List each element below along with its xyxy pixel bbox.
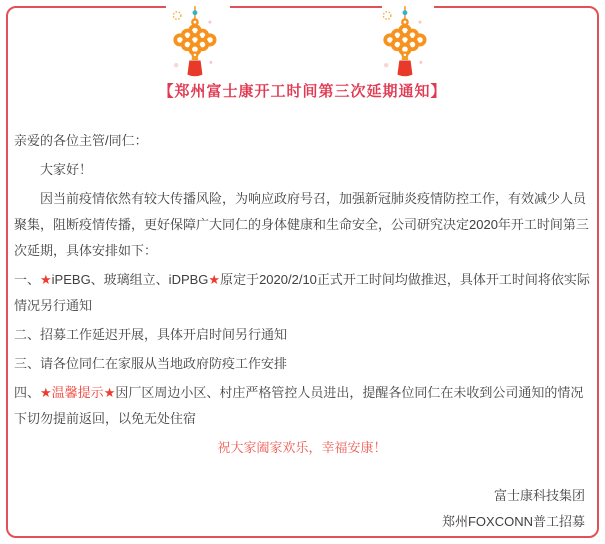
star-icon: ★ [104,385,116,400]
item-number: 二、 [14,327,40,342]
notice-item-4: 四、★温馨提示★因厂区周边小区、村庄严格管控人员进出，提醒各位同仁在未收到公司通… [14,380,590,432]
intro-paragraph: 因当前疫情依然有较大传播风险，为响应政府号召，加强新冠肺炎疫情防控工作，有效减少… [14,186,590,264]
star-icon: ★ [208,272,220,287]
salutation: 亲爱的各位主管/同仁： [14,128,590,154]
notice-body: 亲爱的各位主管/同仁： 大家好！ 因当前疫情依然有较大传播风险，为响应政府号召，… [14,128,590,535]
notice-title: 【郑州富士康开工时间第三次延期通知】 [0,80,605,101]
item-number: 一、 [14,272,40,287]
chinese-knot-icon [374,6,434,85]
item-emphasis: 温馨提示 [52,385,104,400]
signature-company: 富士康科技集团 [14,483,585,509]
star-icon: ★ [40,385,52,400]
signature-block: 富士康科技集团 郑州FOXCONN普工招募 [14,483,590,535]
star-icon: ★ [40,272,52,287]
notice-item-3: 三、请各位同仁在家服从当地政府防疫工作安排 [14,351,590,377]
item-text: 请各位同仁在家服从当地政府防疫工作安排 [40,356,287,371]
item-text: 招募工作延迟开展，具体开启时间另行通知 [40,327,287,342]
item-emphasis: iPEBG、玻璃组立、iDPBG [52,272,209,287]
blessing-line: 祝大家阖家欢乐，幸福安康！ [14,435,590,461]
notice-page: 【郑州富士康开工时间第三次延期通知】 亲爱的各位主管/同仁： 大家好！ 因当前疫… [0,0,605,544]
notice-item-2: 二、招募工作延迟开展，具体开启时间另行通知 [14,322,590,348]
item-number: 四、 [14,385,40,400]
chinese-knot-icon [164,6,224,85]
greeting: 大家好！ [14,157,590,183]
item-number: 三、 [14,356,40,371]
signature-department: 郑州FOXCONN普工招募 [14,509,585,535]
notice-item-1: 一、★iPEBG、玻璃组立、iDPBG★原定于2020/2/10正式开工时间均做… [14,267,590,319]
